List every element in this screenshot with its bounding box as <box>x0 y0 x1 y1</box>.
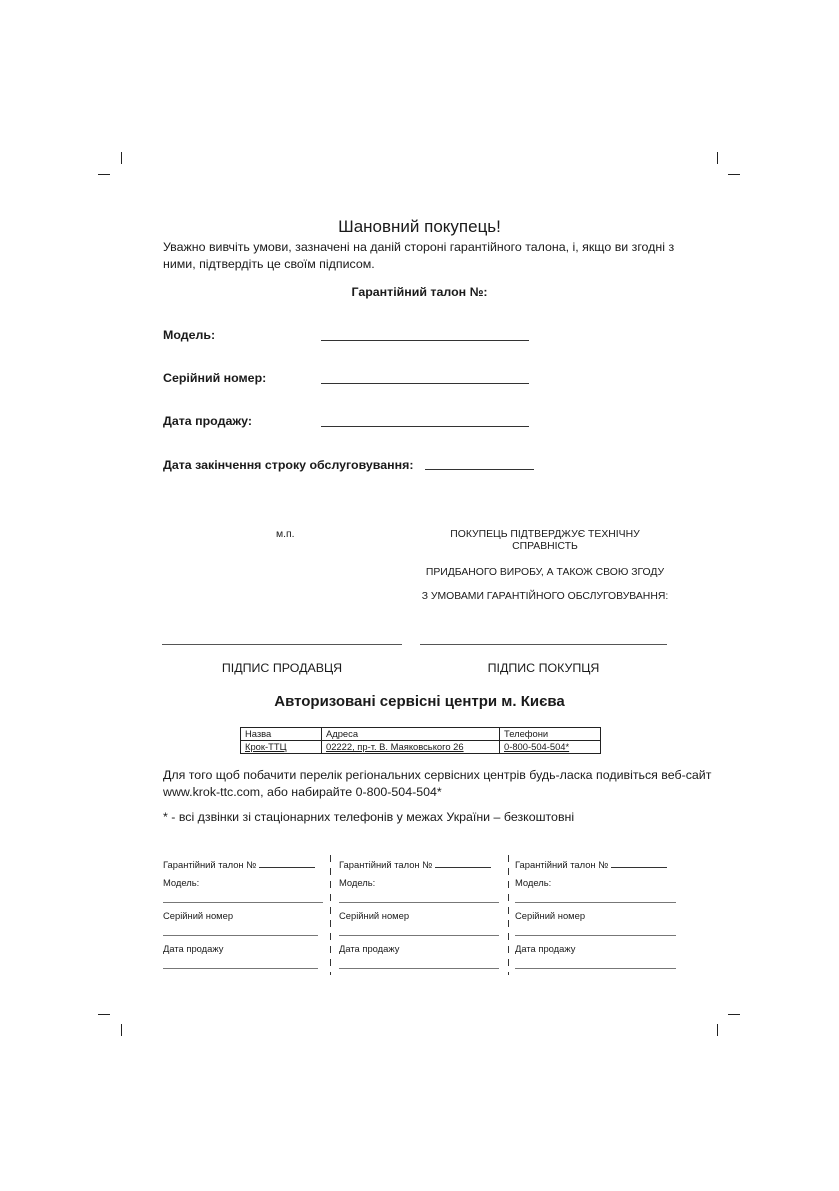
stub-model-label: Модель: <box>515 877 551 888</box>
crop-mark-top-left <box>98 174 110 175</box>
stub-serial-label: Серійний номер <box>163 910 233 921</box>
header-address: Адреса <box>322 728 500 741</box>
crop-mark-bottom-left <box>98 1014 110 1015</box>
stub-ticket-label: Гарантійний талон № <box>163 859 256 870</box>
serial-number-label: Серійний номер: <box>163 371 266 385</box>
regional-centers-info: Для того щоб побачити перелік регіональн… <box>163 767 723 801</box>
stub-serial-field[interactable] <box>339 935 499 936</box>
stamp-label: м.п. <box>276 529 295 540</box>
crop-mark-top-right <box>717 152 718 164</box>
footnote: * - всі дзвінки зі стаціонарних телефоні… <box>163 810 574 824</box>
model-label: Модель: <box>163 328 215 342</box>
stub-date-label: Дата продажу <box>163 943 223 954</box>
tear-line <box>508 855 509 975</box>
stub-ticket-label: Гарантійний талон № <box>515 859 608 870</box>
crop-mark-bottom-right <box>717 1024 718 1036</box>
stub-date-field[interactable] <box>163 968 318 969</box>
buyer-signature-label: ПІДПИС ПОКУПЦЯ <box>420 661 667 675</box>
center-phone[interactable]: 0-800-504-504* <box>500 741 601 754</box>
stub-date-label: Дата продажу <box>339 943 399 954</box>
stub-model-field[interactable] <box>515 902 676 903</box>
stub-model-field[interactable] <box>163 902 323 903</box>
stub-ticket-number-field[interactable] <box>259 858 315 868</box>
crop-mark-top-left <box>121 152 122 164</box>
model-field[interactable] <box>321 340 529 341</box>
stub-model-field[interactable] <box>339 902 499 903</box>
service-end-label: Дата закінчення строку обслуговування: <box>163 458 413 472</box>
header-name: Назва <box>241 728 322 741</box>
stub-ticket-number-field[interactable] <box>435 858 491 868</box>
sale-date-label: Дата продажу: <box>163 414 252 428</box>
buyer-confirm-line-2: ПРИДБАНОГО ВИРОБУ, А ТАКОЖ СВОЮ ЗГОДУ <box>420 567 670 579</box>
table-header-row: Назва Адреса Телефони <box>241 728 601 741</box>
page-title: Шановний покупець! <box>0 217 839 237</box>
sale-date-field[interactable] <box>321 426 529 427</box>
buyer-confirm-line-3: З УМОВАМИ ГАРАНТІЙНОГО ОБСЛУГОВУВАННЯ: <box>420 591 670 603</box>
stub-serial-field[interactable] <box>163 935 318 936</box>
intro-text: Уважно вивчіть умови, зазначені на даній… <box>163 239 703 273</box>
crop-mark-top-right <box>728 174 740 175</box>
stub-date-field[interactable] <box>339 968 499 969</box>
seller-signature-label: ПІДПИС ПРОДАВЦЯ <box>162 661 402 675</box>
stub-ticket-number-field[interactable] <box>611 858 667 868</box>
stub-date-label: Дата продажу <box>515 943 575 954</box>
serial-number-field[interactable] <box>321 383 529 384</box>
buyer-confirm-line-1: ПОКУПЕЦЬ ПІДТВЕРДЖУЄ ТЕХНІЧНУ СПРАВНІСТЬ <box>420 529 670 553</box>
header-phones: Телефони <box>500 728 601 741</box>
stub-model-label: Модель: <box>163 877 199 888</box>
service-end-field[interactable] <box>425 469 534 470</box>
center-address[interactable]: 02222, пр-т. В. Маяковського 26 <box>322 741 500 754</box>
crop-mark-bottom-right <box>728 1014 740 1015</box>
stub-serial-label: Серійний номер <box>339 910 409 921</box>
buyer-signature-field[interactable] <box>420 644 667 645</box>
stub-serial-label: Серійний номер <box>515 910 585 921</box>
tear-line <box>330 855 331 975</box>
stub-ticket-label: Гарантійний талон № <box>339 859 432 870</box>
center-name[interactable]: Крок-ТТЦ <box>241 741 322 754</box>
seller-signature-field[interactable] <box>162 644 402 645</box>
stub-model-label: Модель: <box>339 877 375 888</box>
stub-date-field[interactable] <box>515 968 676 969</box>
warranty-ticket-heading: Гарантійний талон №: <box>0 285 839 299</box>
service-centers-title: Авторизовані сервісні центри м. Києва <box>0 693 839 710</box>
table-row: Крок-ТТЦ 02222, пр-т. В. Маяковського 26… <box>241 741 601 754</box>
service-centers-table: Назва Адреса Телефони Крок-ТТЦ 02222, пр… <box>240 727 601 754</box>
crop-mark-bottom-left <box>121 1024 122 1036</box>
stub-serial-field[interactable] <box>515 935 676 936</box>
